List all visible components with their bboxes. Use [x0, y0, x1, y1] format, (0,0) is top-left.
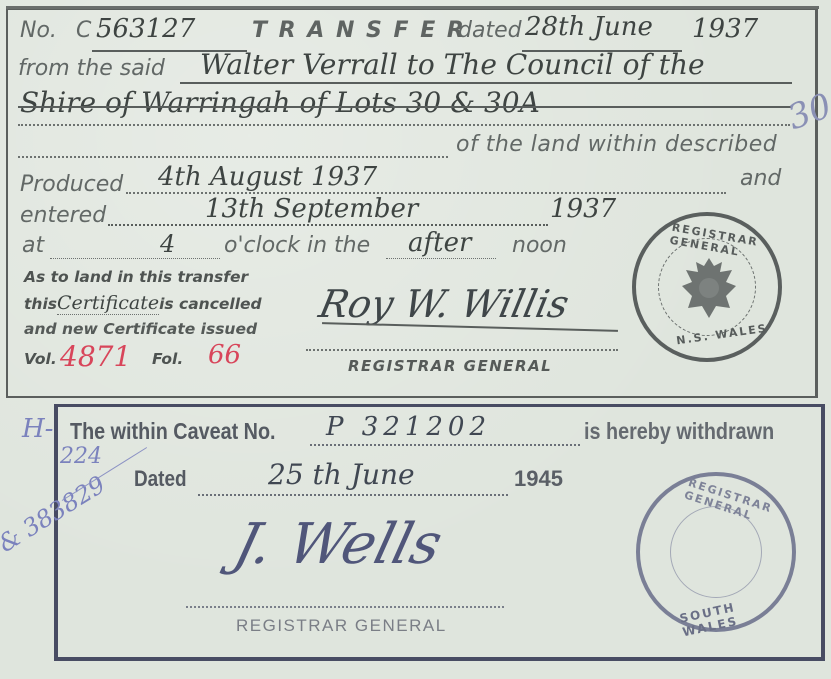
dated-label: dated — [458, 18, 522, 43]
dated-value: 28th June — [525, 12, 653, 42]
caveat-number-line — [310, 444, 580, 446]
produced-label: Produced — [20, 172, 123, 197]
produced-suffix: and — [740, 166, 781, 191]
registrar-seal-2: REGISTRAR GENERAL SOUTH WALES — [636, 472, 796, 632]
registrar-label-2: REGISTRAR GENERAL — [236, 616, 447, 636]
from-label: from the said — [18, 56, 165, 81]
vol-value: 4871 — [60, 340, 131, 373]
from-underline — [180, 82, 792, 84]
cancel-line-2-handwritten: Certificate — [57, 292, 159, 315]
registrar-label-1: REGISTRAR GENERAL — [348, 357, 552, 375]
fol-label: Fol. — [152, 350, 183, 368]
cancel-line-2-prefix: this — [24, 295, 57, 313]
line2-underline — [18, 106, 792, 108]
noon-text: noon — [512, 233, 567, 258]
at-label: at — [22, 233, 44, 258]
caveat-dated-line — [198, 494, 508, 496]
vol-label: Vol. — [24, 350, 57, 368]
blank-line — [18, 124, 790, 126]
after-line — [386, 258, 496, 259]
entered-year: 1937 — [550, 194, 616, 224]
hour-line — [50, 258, 220, 259]
pencil-note-1: H- — [22, 414, 53, 444]
registrar-seal-1: REGISTRAR GENERAL N.S. WALES — [632, 212, 782, 362]
registrar-signature-wells: J. Wells — [228, 512, 449, 577]
oclock-text: o'clock in the — [224, 233, 370, 258]
caveat-dated-value: 25 th June — [268, 458, 415, 491]
caveat-label: The within Caveat No. — [70, 418, 276, 445]
cancel-line-2: thisCertificateis cancelled — [24, 292, 262, 314]
transfer-title: T R A N S F E R — [252, 18, 466, 43]
no-label: No. — [20, 18, 57, 43]
land-leader — [18, 156, 448, 158]
hour-value: 4 — [160, 230, 175, 258]
pencil-note-2: 224 — [60, 444, 102, 469]
dated-year: 1937 — [692, 14, 758, 44]
caveat-dated-label: Dated — [134, 466, 187, 492]
coat-of-arms-icon — [678, 256, 740, 320]
entered-value: 13th September — [205, 194, 418, 224]
land-text: of the land within described — [456, 132, 777, 157]
withdrawn-text: is hereby withdrawn — [584, 418, 774, 445]
produced-value: 4th August 1937 — [158, 162, 377, 192]
entered-line — [108, 224, 548, 226]
entered-label: entered — [20, 203, 106, 228]
cancel-line-1: As to land in this transfer — [24, 268, 248, 286]
caveat-signature-line — [186, 606, 504, 608]
caveat-dated-year: 1945 — [514, 466, 563, 492]
after-value: after — [408, 228, 471, 258]
registrar-signature-willis: Roy W. Willis — [315, 282, 572, 326]
transfer-number: C563127563127 — [96, 14, 195, 44]
caveat-number: P 321202 — [326, 412, 491, 442]
line2-value: Shire of Warringah of Lots 30 & 30A — [20, 86, 540, 119]
from-value: Walter Verrall to The Council of the — [200, 48, 705, 81]
cancel-line-3: and new Certificate issued — [24, 320, 257, 338]
fol-value: 66 — [208, 340, 241, 370]
cancel-line-2-suffix: is cancelled — [159, 295, 262, 313]
signature-line — [306, 349, 618, 351]
transfer-number-prefix: C — [76, 18, 91, 43]
document-page: No. C C563127563127 T R A N S F E R date… — [0, 0, 831, 679]
